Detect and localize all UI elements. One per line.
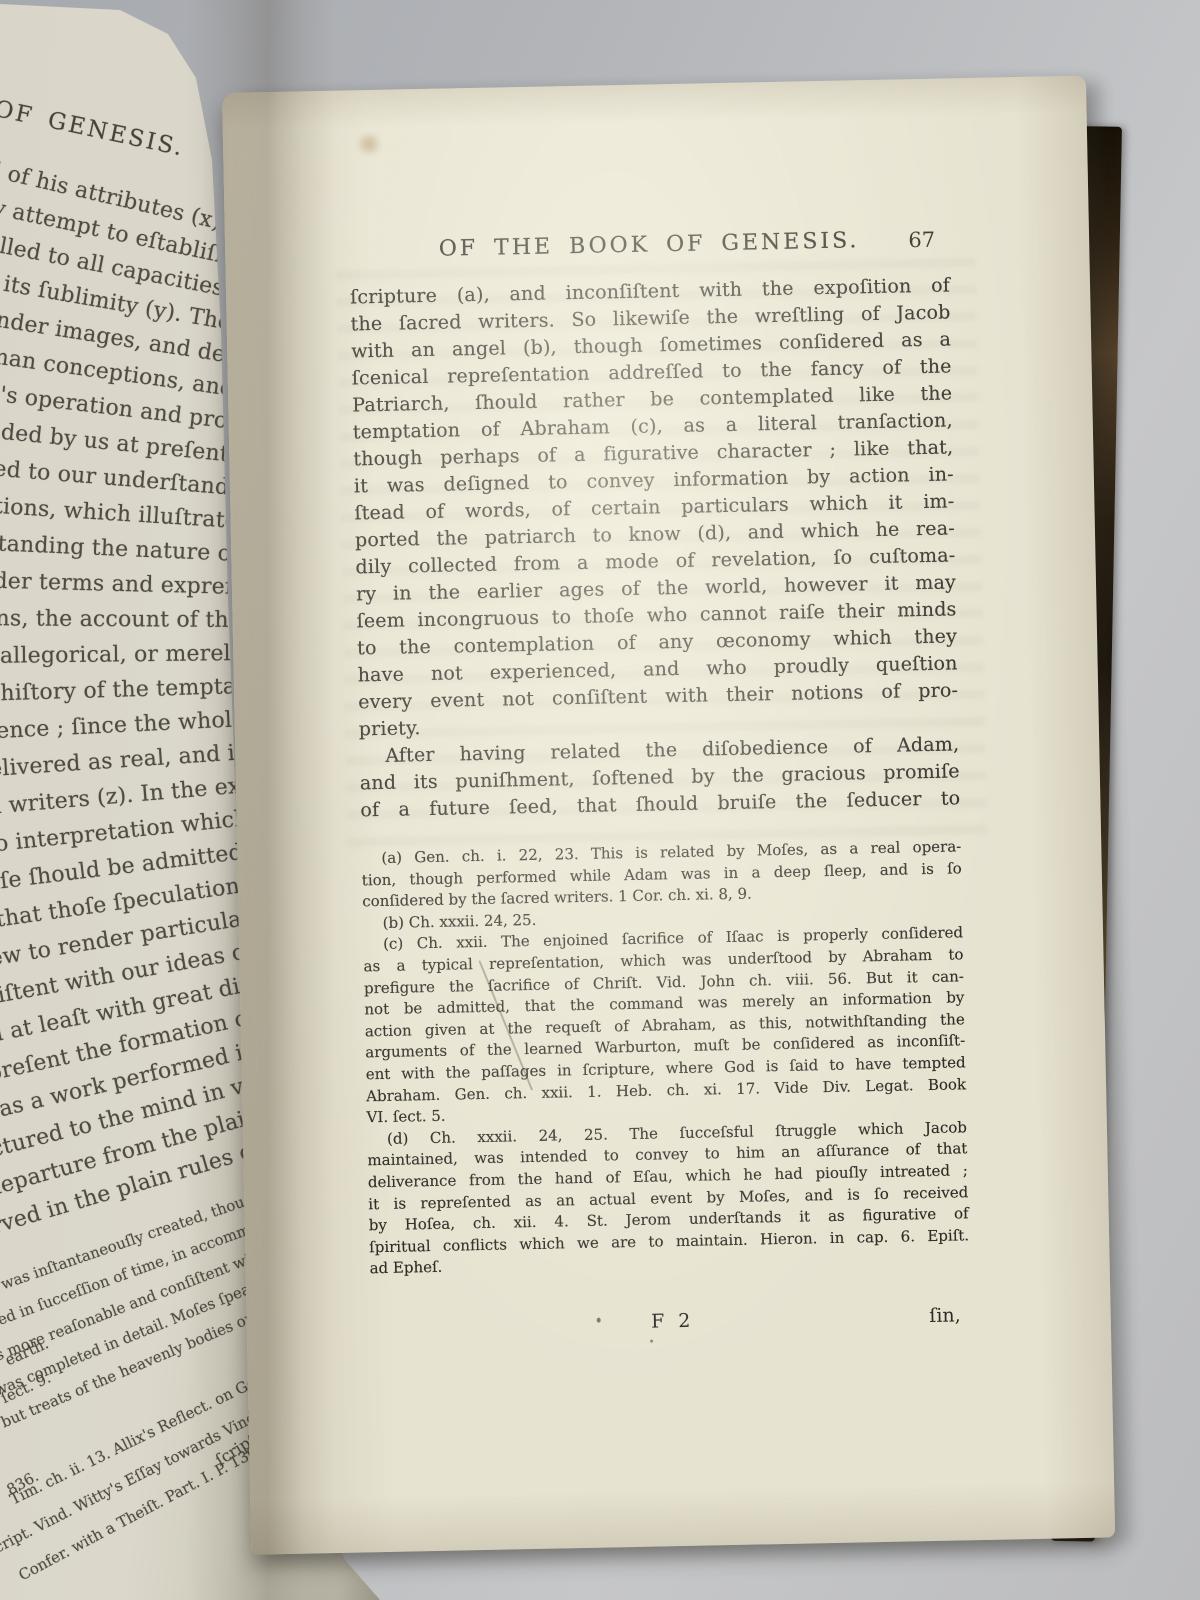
signature-mark: F 2 bbox=[371, 1304, 971, 1338]
page-title: OF THE BOOK OF GENESIS. bbox=[349, 226, 949, 263]
right-page: OF THE BOOK OF GENESIS. 67 ſcripture (a)… bbox=[222, 76, 1115, 1555]
body-paragraph-2: After having related the diſobedience of… bbox=[359, 731, 961, 824]
left-page-text-line: lered as allegorical, or merely bbox=[0, 641, 243, 670]
catchword: ſin, bbox=[929, 1304, 961, 1327]
left-page-header-fragment: K OF GENESIS. bbox=[0, 89, 187, 162]
left-page-text-line: otwithſtanding the nature of bbox=[0, 528, 240, 567]
page-content: OF THE BOOK OF GENESIS. 67 ſcripture (a)… bbox=[349, 226, 971, 1344]
footnote-a: (a) Gen. ch. i. 22, 23. This is related … bbox=[361, 836, 962, 913]
ink-speck bbox=[650, 1340, 653, 1343]
footnote-c: (c) Ch. xxii. The enjoined ſacrifice of … bbox=[363, 923, 967, 1129]
page-footer: F 2 ſin, bbox=[371, 1304, 971, 1344]
left-page-text-line: actions, the account of the bbox=[0, 606, 242, 633]
foxing-stain bbox=[355, 132, 383, 157]
footnote-d: (d) Ch. xxxii. 24, 25. The ſucceſsful ſt… bbox=[367, 1117, 970, 1280]
left-page-text-line: n the hiſtory of the tempta- bbox=[0, 674, 244, 708]
left-page-text-line: ted under terms and expreſ- bbox=[0, 567, 241, 600]
running-header: OF THE BOOK OF GENESIS. 67 bbox=[349, 226, 950, 270]
body-text: ſcripture (a), and inconſiſtent with the… bbox=[350, 272, 961, 824]
page-number: 67 bbox=[908, 228, 935, 253]
footnotes: (a) Gen. ch. i. 22, 23. This is related … bbox=[361, 836, 970, 1280]
book-photo: K OF GENESIS. and of his attributes (x).… bbox=[0, 0, 1200, 1600]
body-paragraph-1: ſcripture (a), and inconſiſtent with the… bbox=[350, 272, 959, 743]
left-page-text-line: innocence ; ſince the whole bbox=[0, 707, 246, 747]
